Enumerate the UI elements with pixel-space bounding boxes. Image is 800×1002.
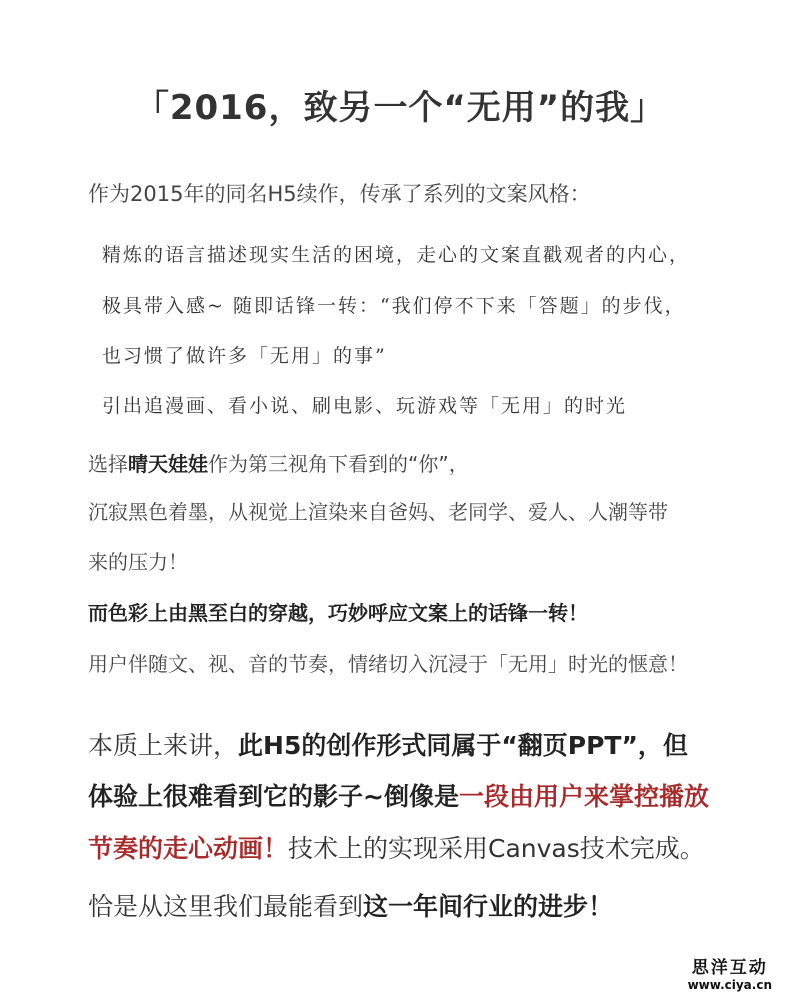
body-bold-text: 而色彩上由黑至白的穿越，巧妙呼应文案上的话锋一转！	[88, 601, 588, 625]
summary-line: 恰是从这里我们最能看到这一年间行业的进步！	[88, 887, 613, 923]
body-text: 选择	[88, 452, 128, 476]
quote-line: 引出追漫画、看小说、刷电影、玩游戏等「无用」的时光	[102, 391, 627, 418]
quote-line: 也习惯了做许多「无用」的事”	[102, 341, 387, 368]
quote-line: 精炼的语言描述现实生活的困境，走心的文案直戳观者的内心，	[102, 240, 690, 267]
watermark: 思洋互动 www.ciya.cn	[688, 953, 772, 992]
summary-red-text: 一段由用户来掌控播放	[459, 782, 709, 811]
summary-red-text: 节奏的走心动画！	[88, 834, 288, 863]
body-text: 作为第三视角下看到的“你”，	[208, 452, 469, 476]
summary-text: 技术上的实现采用Canvas技术完成。	[288, 834, 705, 863]
summary-bold-text: 此H5的创作形式同属于“翻页PPT”，但	[238, 731, 688, 760]
summary-bold-text: 体验上很难看到它的影子~倒像是	[88, 782, 459, 811]
watermark-url: www.ciya.cn	[688, 978, 772, 992]
body-line: 选择晴天娃娃作为第三视角下看到的“你”，	[88, 448, 469, 477]
page-title: 「2016，致另一个“无用”的我」	[0, 80, 800, 129]
body-line: 来的压力！	[88, 546, 188, 575]
summary-line: 体验上很难看到它的影子~倒像是一段由用户来掌控播放	[88, 777, 709, 813]
summary-bold-text: 这一年间行业的进步！	[363, 892, 613, 921]
summary-line: 本质上来讲，此H5的创作形式同属于“翻页PPT”，但	[88, 726, 688, 762]
body-bold-text: 晴天娃娃	[128, 452, 208, 476]
quote-line: 极具带入感~ 随即话锋一转：“我们停不下来「答题」的步伐，	[102, 291, 686, 318]
intro-paragraph: 作为2015年的同名H5续作，传承了系列的文案风格：	[88, 178, 591, 208]
body-line: 而色彩上由黑至白的穿越，巧妙呼应文案上的话锋一转！	[88, 597, 588, 626]
summary-text: 恰是从这里我们最能看到	[88, 892, 363, 921]
summary-text: 本质上来讲，	[88, 731, 238, 760]
body-line: 沉寂黑色着墨，从视觉上渲染来自爸妈、老同学、爱人、人潮等带	[88, 496, 668, 525]
watermark-name: 思洋互动	[688, 953, 772, 978]
summary-line: 节奏的走心动画！技术上的实现采用Canvas技术完成。	[88, 829, 705, 865]
body-line: 用户伴随文、视、音的节奏，情绪切入沉浸于「无用」时光的惬意！	[88, 648, 688, 677]
